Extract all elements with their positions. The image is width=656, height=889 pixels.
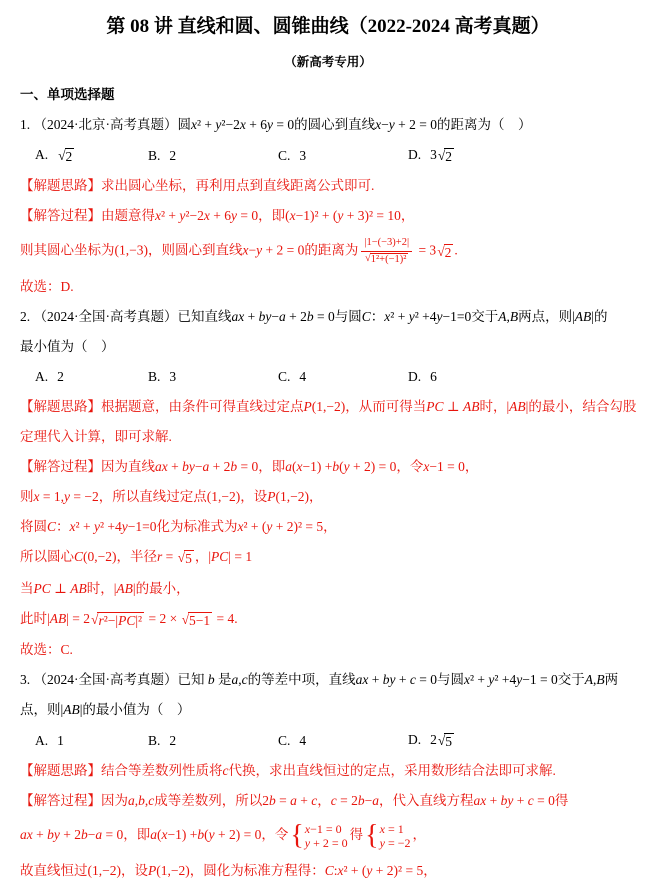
- option-label: C.: [278, 733, 290, 748]
- option-label: A.: [35, 369, 48, 384]
- math-expression: |AB|: [61, 702, 83, 717]
- math-expression: A,B: [585, 672, 605, 687]
- solution-line: 【解答过程】由题意得x² + y²−2x + 6y = 0，即(x−1)² + …: [20, 207, 636, 225]
- option-value: 1: [57, 733, 64, 748]
- radicand: 2: [65, 148, 75, 165]
- radicand: 2: [444, 148, 454, 165]
- math-expression: (1,−2): [207, 489, 240, 504]
- math-expression: x² + y² +4y−1=0: [70, 519, 157, 534]
- case-row: y + 2 = 0: [305, 836, 348, 850]
- sqrt-expression: √2: [437, 244, 453, 261]
- math-expression: C:x² + (y + 2)² = 5: [325, 863, 423, 878]
- option-label: D.: [408, 147, 421, 162]
- case-row: x−1 = 0: [305, 822, 348, 836]
- math-expression: PC ⊥ AB: [426, 399, 479, 414]
- option-C: C.4: [278, 732, 408, 750]
- case-row: x = 1: [380, 822, 411, 836]
- math-expression: (1,−2): [88, 863, 121, 878]
- math-expression: ax + by−a + 2b = 0: [155, 459, 258, 474]
- math-expression: x² + y²−2x + 6y = 0: [155, 208, 258, 223]
- math-expression: 3: [299, 148, 306, 163]
- math-expression: b: [208, 672, 215, 687]
- option-label: A.: [35, 147, 48, 162]
- math-expression: ax + by + c = 0: [474, 793, 555, 808]
- option-A: A.√2: [35, 146, 148, 165]
- option-B: B.2: [148, 147, 278, 165]
- math-expression: 6: [430, 369, 437, 384]
- solution-line: 此时|AB| = 2√r²−|PC|² = 2 × √5−1 = 4.: [20, 610, 636, 629]
- cases-brace-group: {x = 1y = −2: [365, 822, 410, 850]
- left-brace: {: [365, 824, 378, 848]
- option-B: B.3: [148, 368, 278, 386]
- option-C: C.4: [278, 368, 408, 386]
- math-expression: x−y + 2 = 0: [242, 243, 304, 258]
- solution-line: 【解题思路】结合等差数列性质将c代换，求出直线恒过的定点，采用数形结合法即可求解…: [20, 762, 636, 780]
- math-expression: c = 2b−a: [331, 793, 379, 808]
- fraction-numerator: |1−(−3)+2|: [361, 237, 412, 252]
- option-B: B.2: [148, 732, 278, 750]
- option-label: A.: [35, 733, 48, 748]
- math-expression: 2: [430, 732, 437, 747]
- option-label: D.: [408, 732, 421, 747]
- question-line: 最小值为（ ）: [20, 338, 636, 356]
- option-value: 2: [169, 733, 176, 748]
- radicand: 5: [184, 550, 194, 567]
- question-line: 2. （2024·全国·高考真题）已知直线ax + by−a + 2b = 0与…: [20, 308, 636, 326]
- case-row: y = −2: [380, 836, 411, 850]
- radicand: 5: [444, 733, 454, 750]
- section-heading: 一、单项选择题: [20, 86, 636, 104]
- math-expression: = 2 ×: [145, 611, 180, 626]
- math-expression: |PC| = 1: [208, 549, 252, 564]
- option-value: 2: [57, 369, 64, 384]
- option-D: D.2√5: [408, 731, 636, 750]
- math-expression: C(0,−2): [74, 549, 117, 564]
- radicand: r²−|PC|²: [97, 612, 144, 629]
- solution-line: 则其圆心坐标为(1,−3)，则圆心到直线x−y + 2 = 0的距离为|1−(−…: [20, 237, 636, 266]
- math-expression: 4: [299, 733, 306, 748]
- math-expression: ax + by + c = 0: [356, 672, 437, 687]
- option-D: D.6: [408, 368, 636, 386]
- math-expression: c: [223, 763, 229, 778]
- option-value: 4: [299, 733, 306, 748]
- sqrt-expression: √5: [438, 733, 454, 750]
- solution-line: 将圆C：x² + y² +4y−1=0化为标准式为x² + (y + 2)² =…: [20, 518, 636, 536]
- cases-rows: x = 1y = −2: [380, 822, 411, 850]
- solution-line: 故选：C.: [20, 641, 636, 659]
- fraction-denominator: √1²+(−1)²: [364, 252, 409, 267]
- solution-line: 故直线恒过(1,−2)，设P(1,−2)，圆化为标准方程得：C:x² + (y …: [20, 862, 636, 880]
- option-value: √2: [57, 147, 75, 162]
- option-label: D.: [408, 369, 421, 384]
- math-expression: 1: [57, 733, 64, 748]
- radicand: 1²+(−1)²: [370, 253, 409, 267]
- math-expression: x = 1: [380, 822, 404, 836]
- option-C: C.3: [278, 147, 408, 165]
- question-line: 3. （2024·全国·高考真题）已知 b 是a,c的等差中项，直线ax + b…: [20, 671, 636, 689]
- page-subtitle: （新高考专用）: [20, 54, 636, 70]
- math-expression: y + 2 = 0: [305, 836, 348, 850]
- page-title: 第 08 讲 直线和圆、圆锥曲线（2022-2024 高考真题）: [20, 14, 636, 40]
- math-expression: (x−1)² + (y + 3)² = 10: [285, 208, 401, 223]
- option-value: 4: [299, 369, 306, 384]
- math-expression: P(1,−2): [267, 489, 309, 504]
- math-expression: 3: [430, 147, 437, 162]
- sqrt-expression: √2: [58, 148, 74, 165]
- math-expression: a,b,c: [128, 793, 154, 808]
- cases-rows: x−1 = 0y + 2 = 0: [305, 822, 348, 850]
- math-expression: x² + y² +4y−1=0: [384, 309, 471, 324]
- math-expression: 3: [169, 369, 176, 384]
- solution-line: 则x = 1,y = −2，所以直线过定点(1,−2)，设P(1,−2)，: [20, 488, 636, 506]
- math-expression: |1−(−3)+2|: [364, 237, 409, 248]
- math-expression: (1,−3): [115, 243, 148, 258]
- option-label: C.: [278, 148, 290, 163]
- math-expression: A,B: [498, 309, 518, 324]
- math-expression: x² + y² +4y−1 = 0: [464, 672, 558, 687]
- math-expression: 2b = a + c: [262, 793, 317, 808]
- math-expression: x−1 = 0: [305, 822, 342, 836]
- sqrt-expression: √5: [178, 550, 194, 567]
- math-expression: r =: [157, 549, 177, 564]
- math-expression: 4: [299, 369, 306, 384]
- radicand: 5−1: [188, 612, 212, 629]
- math-expression: ax + by−a + 2b = 0: [232, 309, 335, 324]
- solution-line: 当PC ⊥ AB时，|AB|的最小，: [20, 580, 636, 598]
- option-D: D.3√2: [408, 146, 636, 165]
- option-label: C.: [278, 369, 290, 384]
- option-value: 2√5: [430, 732, 455, 747]
- math-expression: x = 1,y = −2: [34, 489, 99, 504]
- option-label: B.: [148, 148, 160, 163]
- math-expression: C: [362, 309, 371, 324]
- question-line: 点，则|AB|的最小值为（ ）: [20, 701, 636, 719]
- solution-line: 【解题思路】求出圆心坐标，再利用点到直线距离公式即可.: [20, 177, 636, 195]
- options-row: A.2B.3C.4D.6: [20, 368, 636, 386]
- sqrt-expression: √2: [438, 148, 454, 165]
- math-expression: x² + (y + 2)² = 5: [237, 519, 323, 534]
- fraction: |1−(−3)+2|√1²+(−1)²: [361, 237, 412, 266]
- math-expression: ax + by + 2b−a = 0: [20, 827, 123, 842]
- math-expression: a(x−1) +b(y + 2) = 0: [150, 827, 261, 842]
- option-value: 6: [430, 369, 437, 384]
- math-expression: 2: [169, 733, 176, 748]
- options-row: A.√2B.2C.3D.3√2: [20, 146, 636, 165]
- solution-line: 【解答过程】因为a,b,c成等差数列，所以2b = a + c，c = 2b−a…: [20, 792, 636, 810]
- option-value: 2: [169, 148, 176, 163]
- math-expression: x−y + 2 = 0: [375, 117, 437, 132]
- question-line: 1. （2024·北京·高考真题）圆x² + y²−2x + 6y = 0的圆心…: [20, 116, 636, 134]
- option-A: A.1: [35, 732, 148, 750]
- math-expression: y = −2: [380, 836, 411, 850]
- option-value: 3√2: [430, 147, 455, 162]
- radicand: 2: [444, 244, 454, 261]
- solution-line: 所以圆心C(0,−2)，半径r = √5，|PC| = 1: [20, 548, 636, 567]
- math-expression: 2: [57, 369, 64, 384]
- solution-line: 故选：D.: [20, 278, 636, 296]
- math-expression: a,c: [232, 672, 248, 687]
- sqrt-expression: √1²+(−1)²: [365, 253, 408, 267]
- math-expression: C: [47, 519, 56, 534]
- math-expression: 2: [169, 148, 176, 163]
- document-body: 1. （2024·北京·高考真题）圆x² + y²−2x + 6y = 0的圆心…: [20, 116, 636, 880]
- option-label: B.: [148, 369, 160, 384]
- math-expression: = 3: [415, 243, 436, 258]
- document-page: 第 08 讲 直线和圆、圆锥曲线（2022-2024 高考真题） （新高考专用）…: [0, 0, 656, 889]
- sqrt-expression: √r²−|PC|²: [91, 612, 144, 629]
- math-expression: P(1,−2): [304, 399, 346, 414]
- left-brace: {: [290, 824, 303, 848]
- math-expression: |AB| = 2: [47, 611, 90, 626]
- solution-line: ax + by + 2b−a = 0，即a(x−1) +b(y + 2) = 0…: [20, 822, 636, 850]
- option-A: A.2: [35, 368, 148, 386]
- math-expression: PC ⊥ AB: [34, 581, 87, 596]
- math-expression: |AB|: [572, 309, 594, 324]
- option-value: 3: [169, 369, 176, 384]
- solution-line: 定理代入计算，即可求解.: [20, 428, 636, 446]
- math-expression: x−1 = 0: [423, 459, 464, 474]
- math-expression: x² + y²−2x + 6y = 0: [191, 117, 294, 132]
- solution-line: 【解答过程】因为直线ax + by−a + 2b = 0，即a(x−1) +b(…: [20, 458, 636, 476]
- option-label: B.: [148, 733, 160, 748]
- option-value: 3: [299, 148, 306, 163]
- math-expression: |AB|: [506, 399, 528, 414]
- math-expression: a(x−1) +b(y + 2) = 0: [285, 459, 396, 474]
- solution-line: 【解题思路】根据题意，由条件可得直线过定点P(1,−2)，从而可得当PC ⊥ A…: [20, 398, 636, 416]
- math-expression: = 4: [213, 611, 234, 626]
- math-expression: |AB|: [114, 581, 136, 596]
- sqrt-expression: √5−1: [182, 612, 213, 629]
- cases-brace-group: {x−1 = 0y + 2 = 0: [290, 822, 347, 850]
- math-expression: P(1,−2): [148, 863, 190, 878]
- options-row: A.1B.2C.4D.2√5: [20, 731, 636, 750]
